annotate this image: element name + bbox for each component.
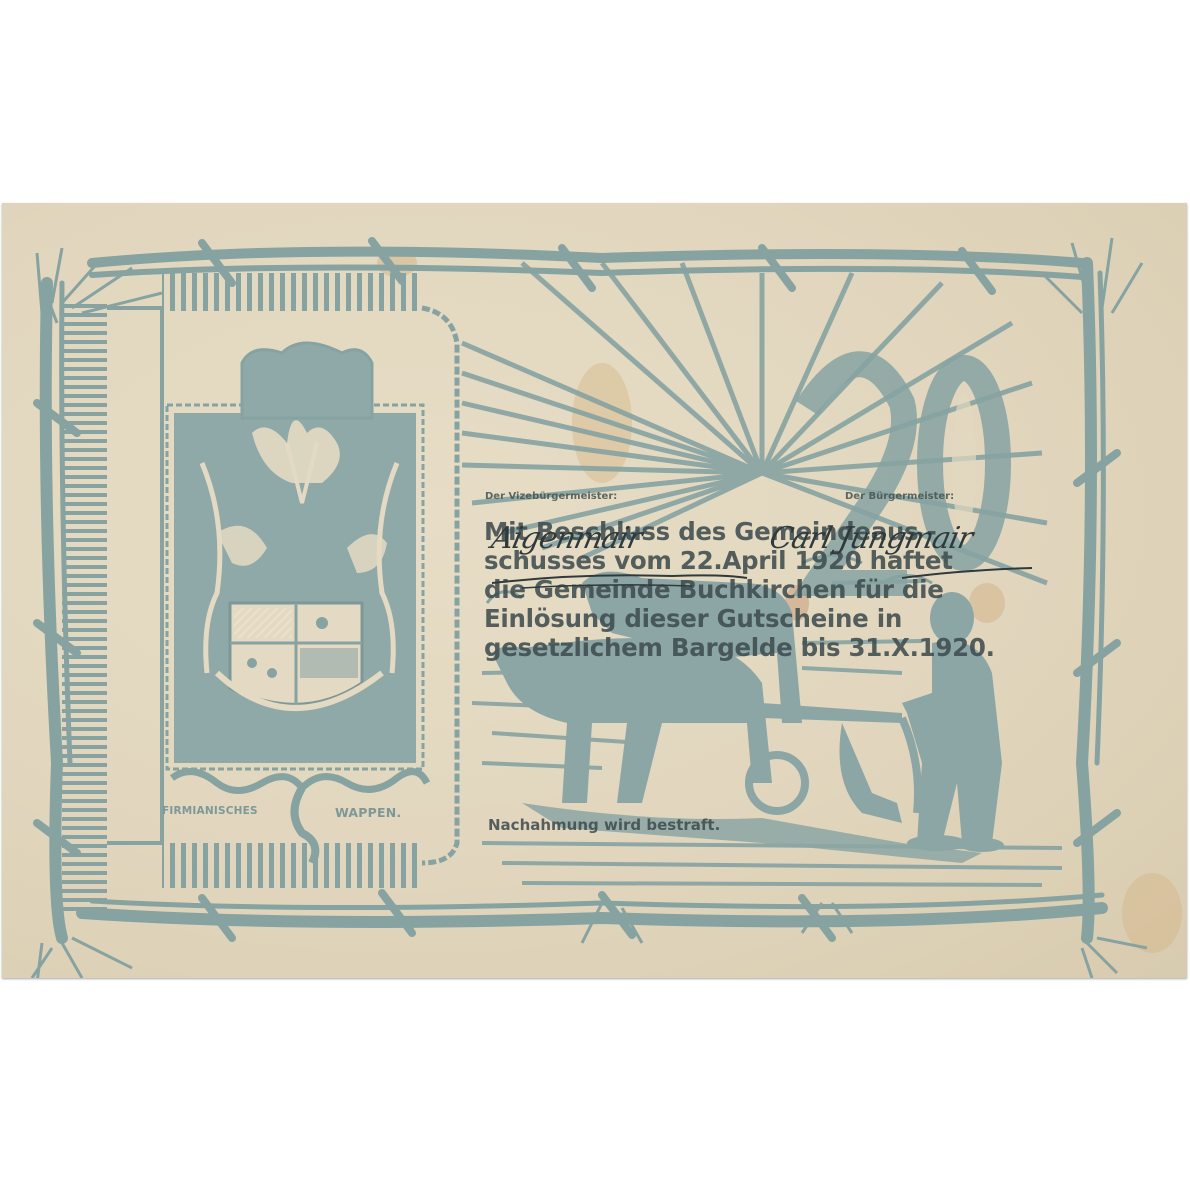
decree-line: Einlösung dieser Gutscheine in <box>484 604 995 633</box>
vice-mayor-signature: Aigenmair <box>488 521 644 556</box>
mayor-title: Der Bürgermeister: <box>845 491 954 502</box>
vice-mayor-title: Der Vizebürgermeister: <box>485 491 617 502</box>
notgeld-voucher: Mit Beschluss des Gemeindeaus - schusses… <box>2 203 1187 978</box>
decree-line: gesetzlichem Bargelde bis 31.X.1920. <box>484 633 995 662</box>
mayor-signature: Carl Jungmair <box>766 521 975 556</box>
signature-underlines <box>482 558 1042 598</box>
coat-of-arms-caption-left: FIRMIANISCHES <box>162 805 258 817</box>
coat-of-arms <box>167 343 427 863</box>
counterfeit-warning: Nachahmung wird bestraft. <box>488 816 720 834</box>
coat-of-arms-caption-right: WAPPEN. <box>335 805 401 820</box>
